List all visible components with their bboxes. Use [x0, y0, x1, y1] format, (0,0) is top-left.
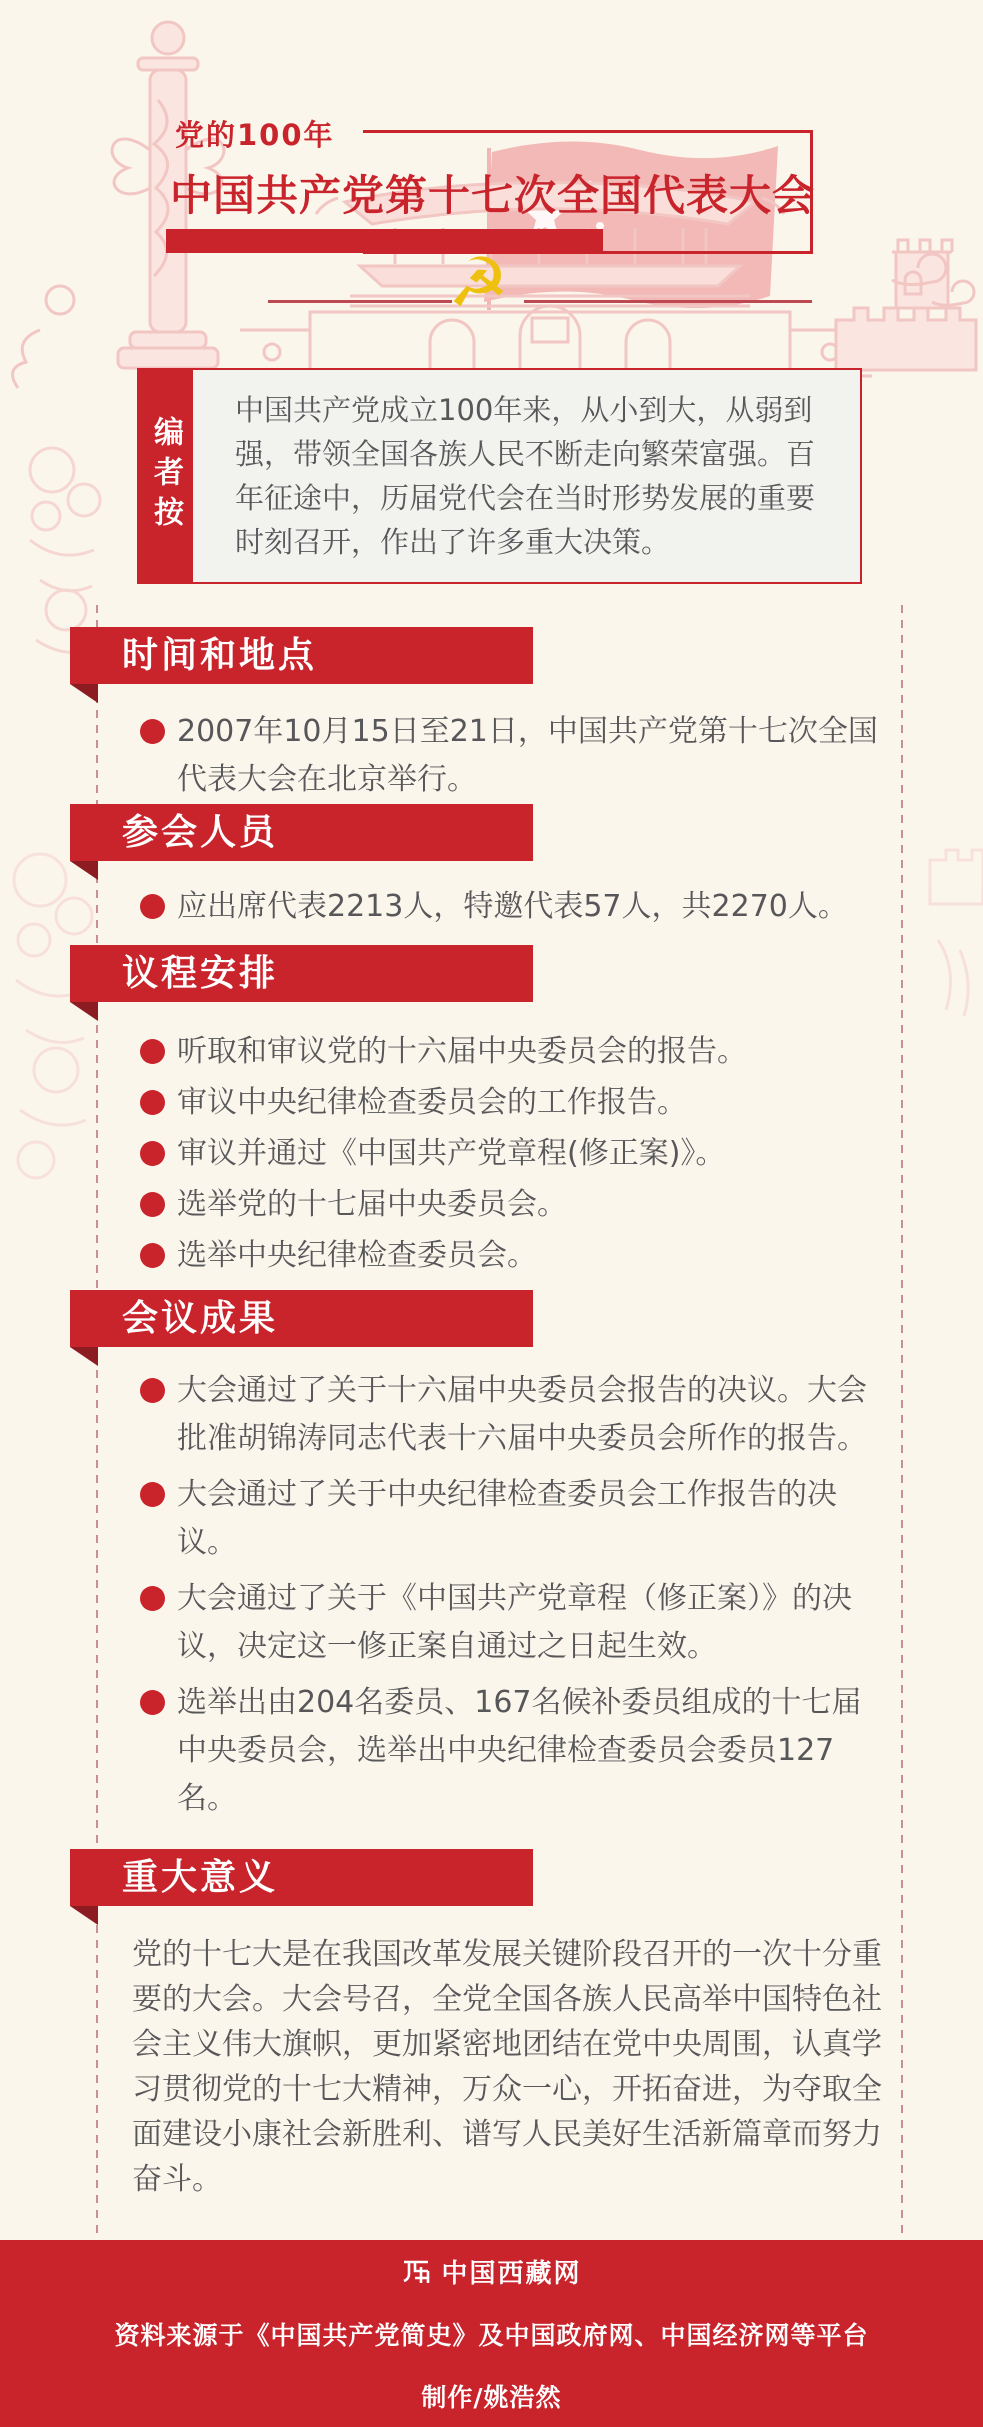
bullet-text: 选举党的十七届中央委员会。: [177, 1181, 567, 1229]
ribbon-fold: [70, 1906, 98, 1925]
bullet-item: 2007年10月15日至21日，中国共产党第十七次全国代表大会在北京举行。: [140, 708, 890, 804]
bullet-item: 选举中央纪律检查委员会。: [140, 1232, 890, 1280]
section-ribbon-agenda: 议程安排: [70, 945, 533, 1002]
bullet-text: 大会通过了关于十六届中央委员会报告的决议。大会批准胡锦涛同志代表十六届中央委员会…: [177, 1367, 890, 1463]
bullet-item: 大会通过了关于《中国共产党章程（修正案）》的决议，决定这一修正案自通过之日起生效…: [140, 1575, 890, 1671]
section-ribbon-outcomes: 会议成果: [70, 1290, 533, 1347]
header-kicker: 党的100年: [175, 113, 335, 154]
section-ribbon-significance: 重大意义: [70, 1849, 533, 1906]
footer-source: 资料来源于《中国共产党简史》及中国政府网、中国经济网等平台: [114, 2316, 868, 2352]
bullet-dot-icon: [140, 1192, 165, 1217]
bullet-text: 审议中央纪律检查委员会的工作报告。: [177, 1079, 687, 1127]
bullet-dot-icon: [140, 1090, 165, 1115]
bullet-item: 听取和审议党的十六届中央委员会的报告。: [140, 1028, 890, 1076]
section-items-outcomes: 大会通过了关于十六届中央委员会报告的决议。大会批准胡锦涛同志代表十六届中央委员会…: [0, 1367, 983, 1823]
bullet-text: 选举中央纪律检查委员会。: [177, 1232, 537, 1280]
editor-note: 编者按 中国共产党成立100年来，从小到大，从弱到强，带领全国各族人民不断走向繁…: [137, 368, 862, 584]
section-items-attendees: 应出席代表2213人，特邀代表57人，共2270人。: [0, 883, 983, 931]
bullet-dot-icon: [140, 894, 165, 919]
bullet-dot-icon: [140, 719, 165, 744]
section-title: 参会人员: [70, 804, 533, 861]
bullet-dot-icon: [140, 1378, 165, 1403]
ribbon-fold: [70, 1347, 98, 1366]
page-title: 中国共产党第十七次全国代表大会: [170, 163, 815, 223]
bullet-item: 大会通过了关于十六届中央委员会报告的决议。大会批准胡锦涛同志代表十六届中央委员会…: [140, 1367, 890, 1463]
section-title: 时间和地点: [70, 627, 533, 684]
bullet-item: 选举党的十七届中央委员会。: [140, 1181, 890, 1229]
significance-paragraph: 党的十七大是在我国改革发展关键阶段召开的一次十分重要的大会。大会号召，全党全国各…: [132, 1932, 893, 2202]
content: 时间和地点 2007年10月15日至21日，中国共产党第十七次全国代表大会在北京…: [0, 605, 983, 2202]
ribbon-fold: [70, 1002, 98, 1021]
footer: 中国西藏网 资料来源于《中国共产党简史》及中国政府网、中国经济网等平台 制作/姚…: [0, 2240, 983, 2427]
bullet-item: 选举出由204名委员、167名候补委员组成的十七届中央委员会，选举出中央纪律检查…: [140, 1679, 890, 1823]
section-items-agenda: 听取和审议党的十六届中央委员会的报告。 审议中央纪律检查委员会的工作报告。 审议…: [0, 1028, 983, 1280]
ribbon-fold: [70, 684, 98, 703]
bullet-item: 审议中央纪律检查委员会的工作报告。: [140, 1079, 890, 1127]
party-emblem-icon: ☭: [448, 250, 509, 318]
bullet-item: 应出席代表2213人，特邀代表57人，共2270人。: [140, 883, 890, 931]
infographic-page: 党的100年 中国共产党第十七次全国代表大会 ☭ 编者按 中国共产党成立100年…: [0, 0, 983, 2427]
bullet-dot-icon: [140, 1141, 165, 1166]
bullet-text: 听取和审议党的十六届中央委员会的报告。: [177, 1028, 747, 1076]
ribbon-fold: [70, 861, 98, 880]
separator-line-right: [524, 300, 812, 303]
china-tibet-network-logo-icon: [401, 2257, 431, 2287]
section-items-time-place: 2007年10月15日至21日，中国共产党第十七次全国代表大会在北京举行。: [0, 708, 983, 804]
bullet-dot-icon: [140, 1586, 165, 1611]
bullet-dot-icon: [140, 1690, 165, 1715]
bullet-dot-icon: [140, 1039, 165, 1064]
bullet-text: 2007年10月15日至21日，中国共产党第十七次全国代表大会在北京举行。: [177, 708, 890, 804]
header: 党的100年 中国共产党第十七次全国代表大会 ☭: [0, 0, 983, 368]
bullet-dot-icon: [140, 1243, 165, 1268]
bullet-item: 审议并通过《中国共产党章程(修正案)》。: [140, 1130, 890, 1178]
bullet-text: 大会通过了关于《中国共产党章程（修正案）》的决议，决定这一修正案自通过之日起生效…: [177, 1575, 890, 1671]
footer-credit: 制作/姚浩然: [421, 2378, 561, 2414]
section-title: 重大意义: [70, 1849, 533, 1906]
separator-line-left: [268, 300, 452, 303]
section-title: 议程安排: [70, 945, 533, 1002]
bullet-text: 审议并通过《中国共产党章程(修正案)》。: [177, 1130, 725, 1178]
bullet-text: 大会通过了关于中央纪律检查委员会工作报告的决议。: [177, 1471, 890, 1567]
section-ribbon-time-place: 时间和地点: [70, 627, 533, 684]
bullet-dot-icon: [140, 1482, 165, 1507]
footer-site: 中国西藏网: [401, 2253, 581, 2290]
bullet-text: 选举出由204名委员、167名候补委员组成的十七届中央委员会，选举出中央纪律检查…: [177, 1679, 890, 1823]
editor-note-text: 中国共产党成立100年来，从小到大，从弱到强，带领全国各族人民不断走向繁荣富强。…: [193, 368, 862, 584]
bullet-item: 大会通过了关于中央纪律检查委员会工作报告的决议。: [140, 1471, 890, 1567]
bullet-text: 应出席代表2213人，特邀代表57人，共2270人。: [177, 883, 848, 931]
section-ribbon-attendees: 参会人员: [70, 804, 533, 861]
editor-note-label: 编者按: [137, 368, 193, 584]
title-underline-bar: [166, 229, 603, 253]
footer-site-name: 中国西藏网: [441, 2253, 581, 2290]
section-title: 会议成果: [70, 1290, 533, 1347]
